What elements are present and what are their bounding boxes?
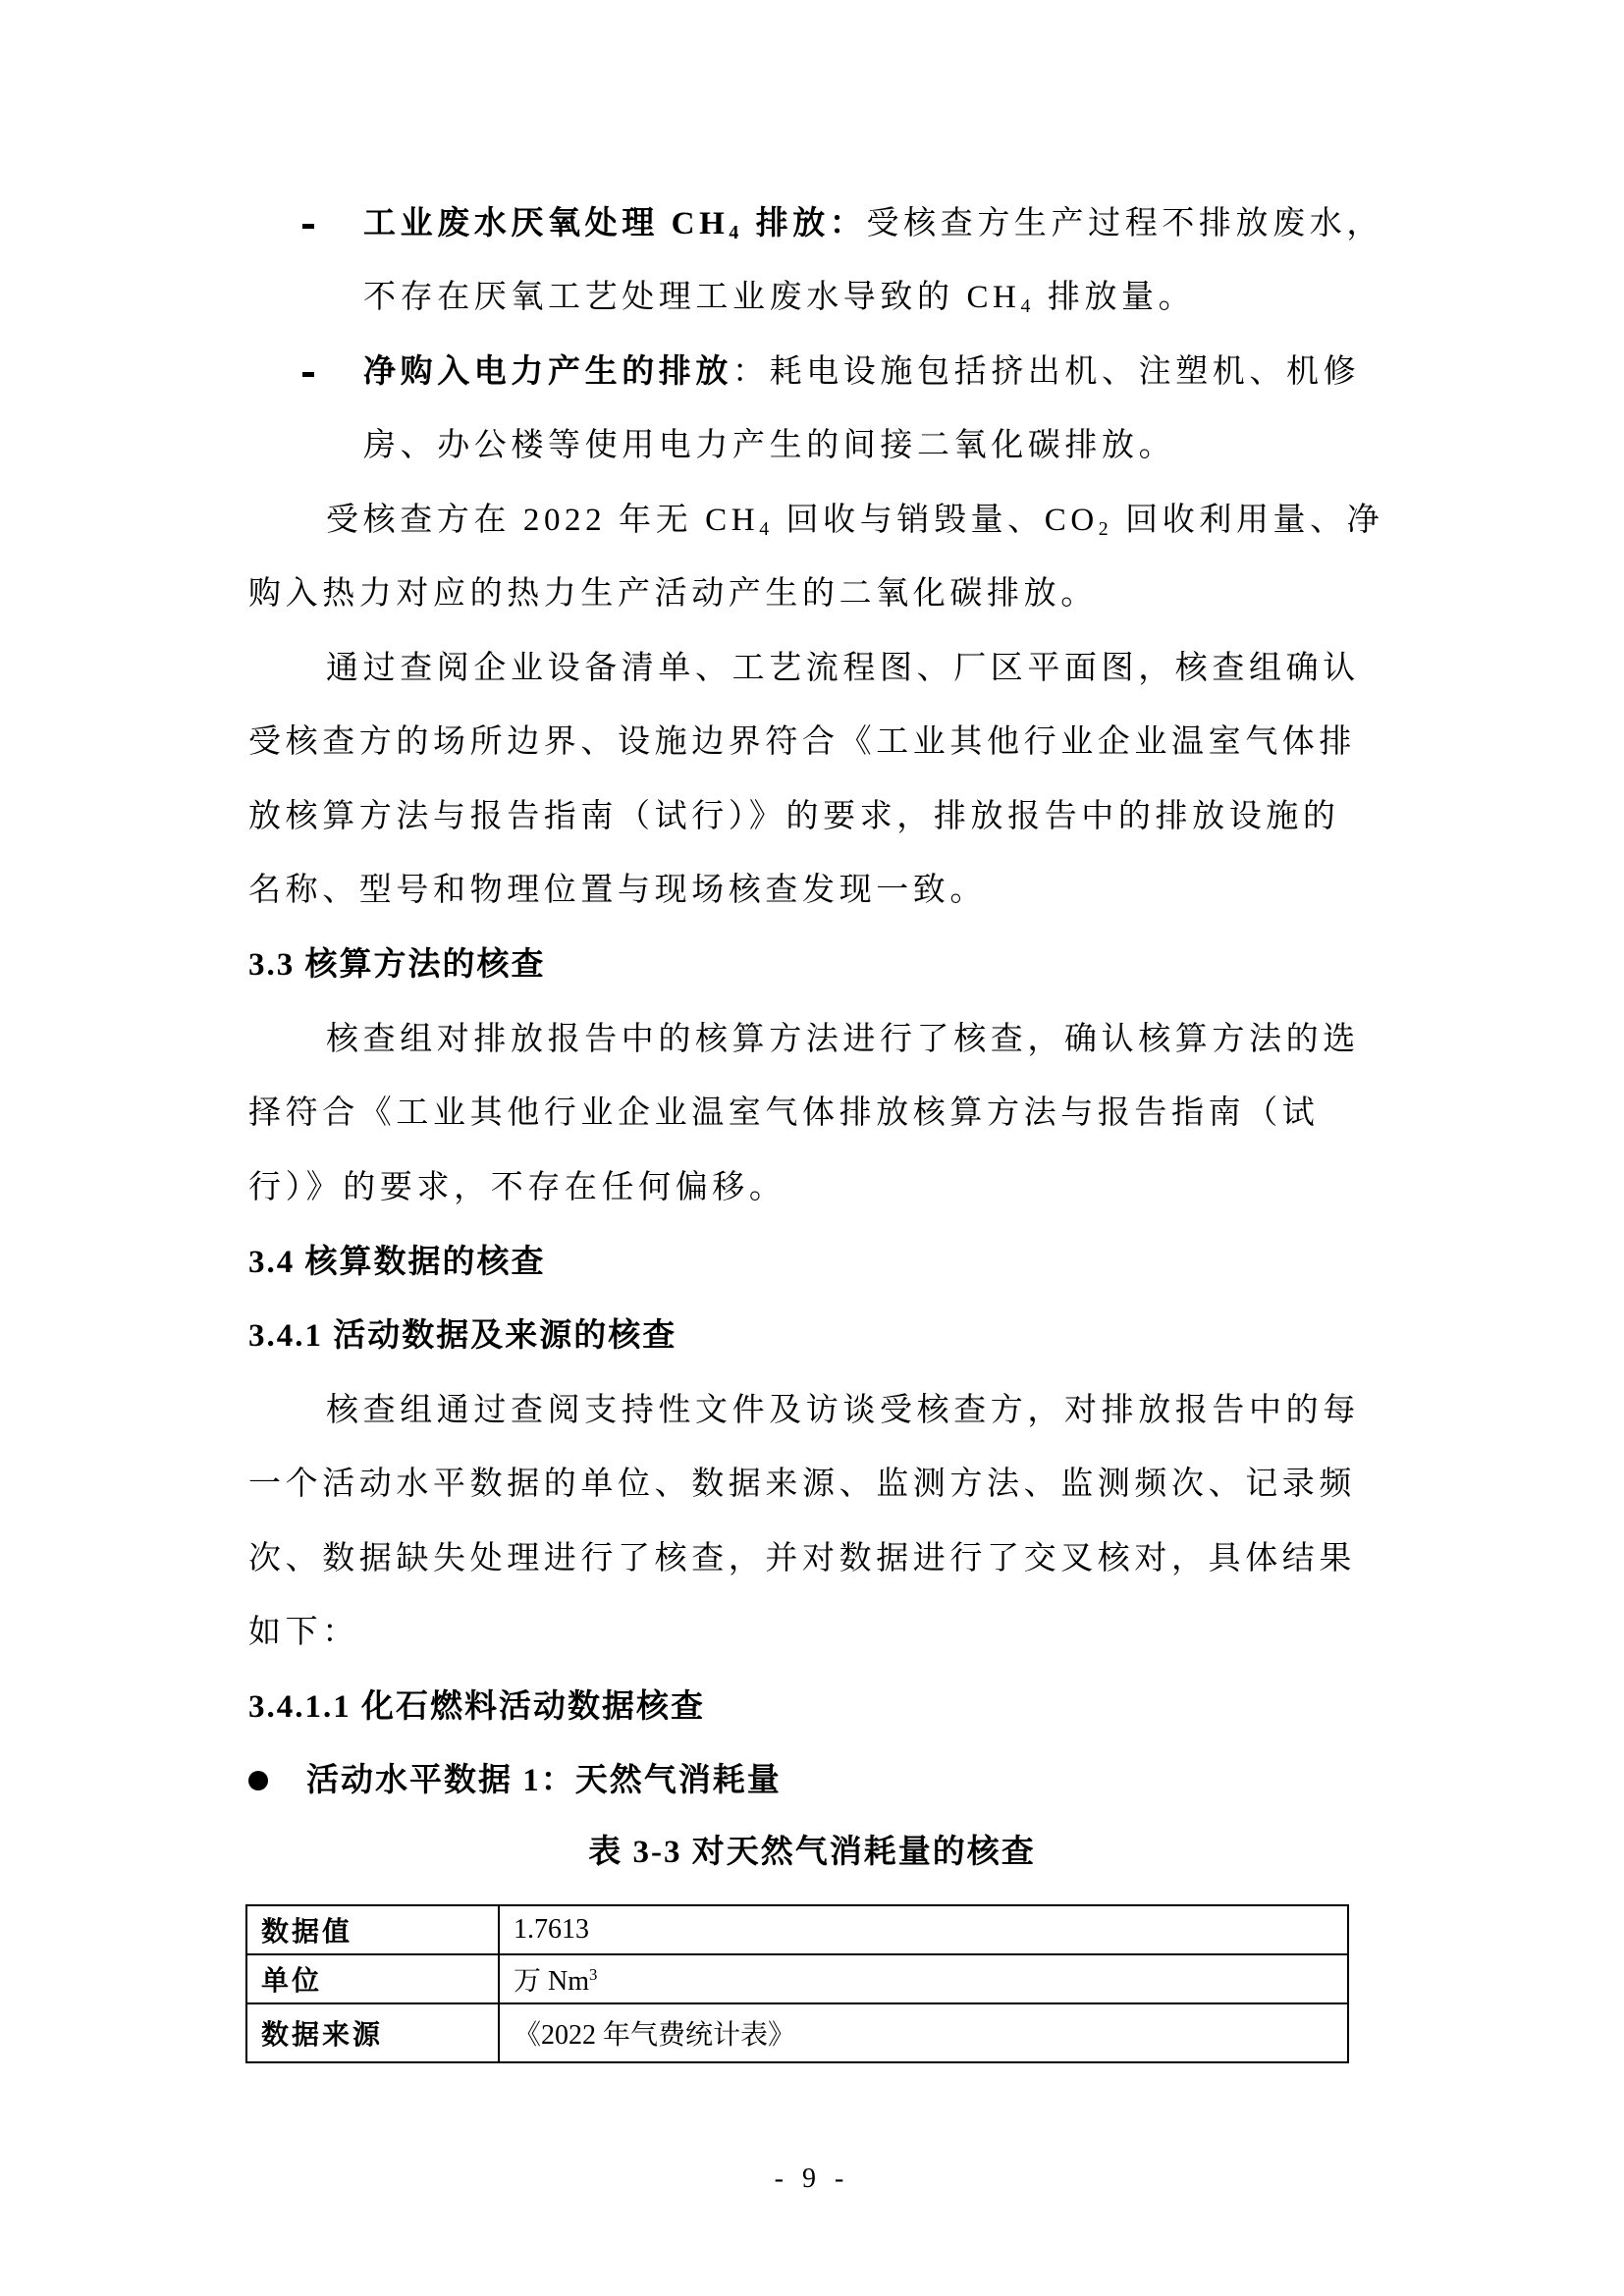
bullet-item-wastewater-cont: 不存在厌氧工艺处理工业废水导致的 CH4 排放量。 (363, 260, 1375, 335)
bullet-label-tail: 排放： (743, 206, 867, 241)
round-bullet-icon (248, 1771, 268, 1790)
paragraph-line: 核查组通过查阅支持性文件及访谈受核查方，对排放报告中的每 (326, 1373, 1455, 1448)
natural-gas-verification-table: 数据值 1.7613 单位 万 Nm3 数据来源 《2022 年气费统计表》 (245, 1904, 1349, 2063)
paragraph-line: 通过查阅企业设备清单、工艺流程图、厂区平面图，核查组确认 (326, 631, 1455, 706)
dash-bullet-icon (302, 372, 314, 377)
bullet-text: 房、办公楼等使用电力产生的间接二氧化碳排放。 (363, 428, 1175, 463)
bullet-item-wastewater: 工业废水厌氧处理 CH4 排放：受核查方生产过程不排放废水， (363, 187, 1375, 261)
subscript: 4 (729, 222, 743, 243)
paragraph-line: 行）》的要求，不存在任何偏移。 (248, 1150, 1378, 1225)
colon: ： (732, 354, 770, 390)
paragraph-line: 放核算方法与报告指南（试行）》的要求，排放报告中的排放设施的 (248, 779, 1378, 854)
subscript: 4 (1021, 295, 1036, 317)
table-value-cell: 1.7613 (499, 1905, 1348, 1954)
bullet-label-text: 工业废水厌氧处理 CH (363, 206, 729, 241)
caption-prefix: 表 (588, 1835, 632, 1870)
table-row: 数据来源 《2022 年气费统计表》 (246, 2003, 1348, 2062)
section-title: 核算数据的核查 (305, 1245, 546, 1280)
table-value-cell: 万 Nm3 (499, 1954, 1348, 2003)
section-title: 核算方法的核查 (305, 947, 546, 983)
dash-bullet-icon (302, 224, 314, 229)
table-row: 数据值 1.7613 (246, 1905, 1348, 1954)
table-value-cell: 《2022 年气费统计表》 (499, 2003, 1348, 2062)
caption-number: 3-3 (633, 1835, 682, 1870)
activity-title: ：天然气消耗量 (541, 1763, 782, 1798)
section-title: 化石燃料活动数据核查 (361, 1689, 705, 1725)
section-number: 3.4.1 (248, 1318, 323, 1354)
text: 受核查方在 2022 年无 CH (326, 503, 759, 538)
table-caption: 表 3-3 对天然气消耗量的核查 (0, 1823, 1624, 1882)
bullet-label: 工业废水厌氧处理 CH4 排放： (363, 206, 867, 241)
paragraph-line: 核查组对排放报告中的核算方法进行了核查，确认核算方法的选 (326, 1002, 1455, 1077)
section-heading-3-4-1: 3.4.1 活动数据及来源的核查 (248, 1299, 1378, 1373)
bullet-label: 净购入电力产生的排放 (363, 354, 732, 390)
section-number: 3.4.1.1 (248, 1689, 352, 1725)
superscript: 3 (589, 1965, 597, 1984)
section-heading-3-4-1-1: 3.4.1.1 化石燃料活动数据核查 (248, 1670, 1378, 1744)
paragraph-line: 受核查方在 2022 年无 CH4 回收与销毁量、CO2 回收利用量、净 (326, 483, 1455, 558)
section-number: 3.4 (248, 1245, 295, 1280)
paragraph-line: 择符合《工业其他行业企业温室气体排放核算方法与报告指南（试 (248, 1076, 1378, 1150)
table-key-cell: 单位 (246, 1954, 499, 2003)
activity-data-item: 活动水平数据 1：天然气消耗量 (306, 1743, 1435, 1818)
paragraph-line: 一个活动水平数据的单位、数据来源、监测方法、监测频次、记录频 (248, 1447, 1378, 1522)
paragraph-line: 受核查方的场所边界、设施边界符合《工业其他行业企业温室气体排 (248, 705, 1378, 779)
activity-label: 活动水平数据 (306, 1763, 522, 1798)
paragraph-line: 次、数据缺失处理进行了核查，并对数据进行了交叉核对，具体结果 (248, 1522, 1378, 1596)
bullet-text: 不存在厌氧工艺处理工业废水导致的 CH (363, 280, 1021, 315)
bullet-item-electricity-cont: 房、办公楼等使用电力产生的间接二氧化碳排放。 (363, 408, 1375, 483)
paragraph-line: 名称、型号和物理位置与现场核查发现一致。 (248, 853, 1378, 928)
bullet-text: 受核查方生产过程不排放废水， (867, 206, 1383, 241)
section-heading-3-4: 3.4 核算数据的核查 (248, 1225, 1378, 1300)
section-number: 3.3 (248, 947, 295, 983)
paragraph-line: 如下： (248, 1595, 1378, 1670)
section-title: 活动数据及来源的核查 (333, 1318, 677, 1354)
text: 回收利用量、净 (1112, 503, 1383, 538)
bullet-text: 耗电设施包括挤出机、注塑机、机修 (770, 354, 1361, 390)
activity-number: 1 (522, 1763, 541, 1798)
table-key-cell: 数据值 (246, 1905, 499, 1954)
bullet-item-electricity: 净购入电力产生的排放：耗电设施包括挤出机、注塑机、机修 (363, 335, 1375, 409)
text: 回收与销毁量、CO (774, 503, 1099, 538)
paragraph-line: 购入热力对应的热力生产活动产生的二氧化碳排放。 (248, 557, 1378, 631)
subscript: 2 (1099, 518, 1113, 540)
subscript: 4 (759, 518, 774, 540)
section-heading-3-3: 3.3 核算方法的核查 (248, 928, 1378, 1002)
table-key-cell: 数据来源 (246, 2003, 499, 2062)
bullet-text: 排放量。 (1035, 280, 1195, 315)
page-number: - 9 - (0, 2163, 1624, 2195)
table-row: 单位 万 Nm3 (246, 1954, 1348, 2003)
caption-title: 对天然气消耗量的核查 (682, 1835, 1036, 1870)
unit-text: 万 Nm (514, 1966, 589, 1997)
